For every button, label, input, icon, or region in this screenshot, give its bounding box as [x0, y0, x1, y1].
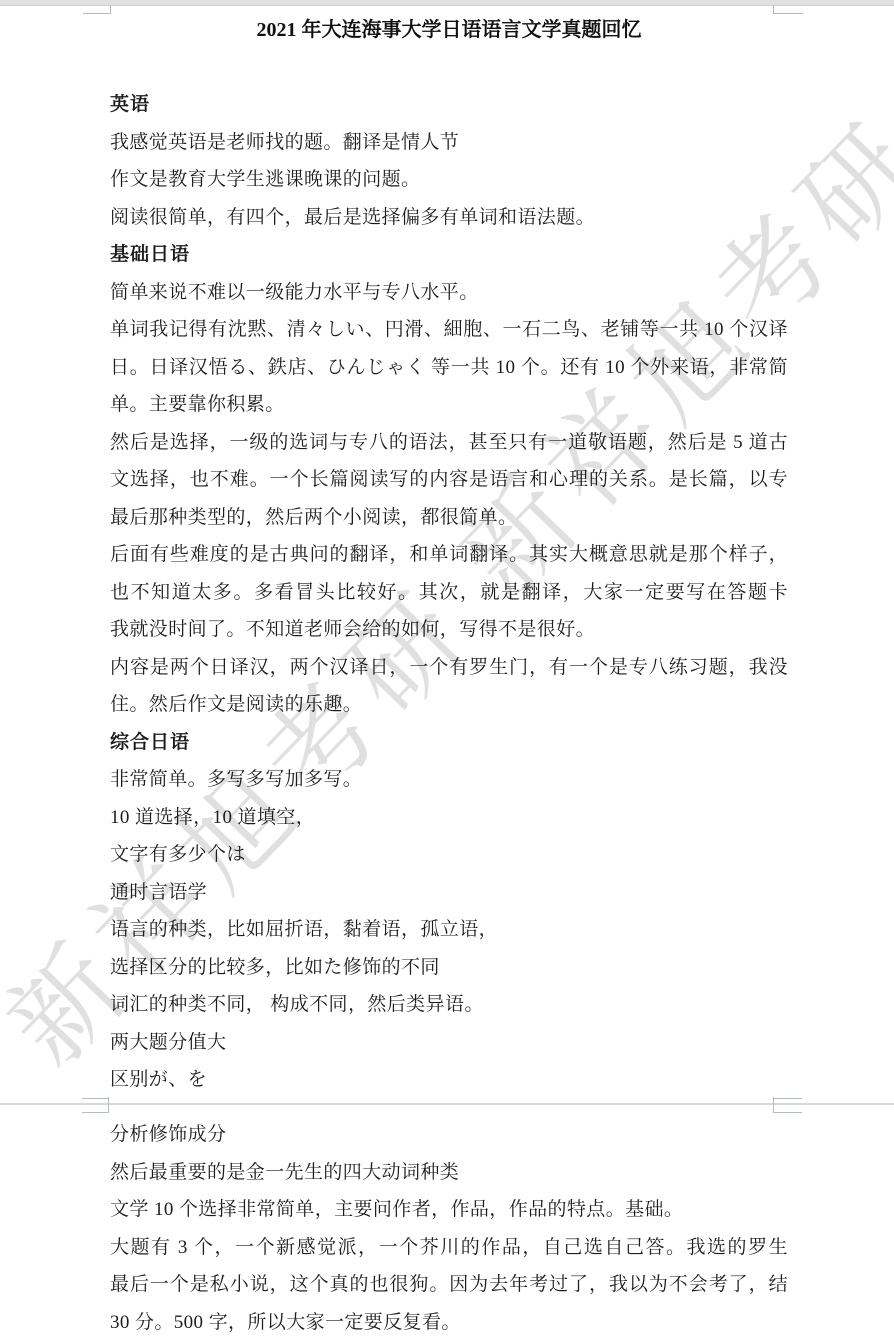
text-line: 语言的种类，比如屈折语，黏着语，孤立语， — [110, 913, 788, 951]
text-line: 词汇的种类不同， 构成不同，然后类异语。 — [110, 988, 788, 1026]
text-line: 10 道选择，10 道填空， — [110, 801, 788, 839]
page-break-separator — [0, 1103, 894, 1105]
text-line: 最后那种类型的，然后两个小阅读，都很简单。 — [110, 501, 788, 539]
text-line: 两大题分值大 — [110, 1026, 788, 1064]
text-line: 阅读很简单，有四个，最后是选择偏多有单词和语法题。 — [110, 201, 788, 239]
text-line: 我就没时间了。不知道老师会给的如何，写得不是很好。 — [110, 613, 788, 651]
section-heading: 基础日语 — [110, 238, 788, 276]
text-line: 也不知道太多。多看冒头比较好。其次，就是翻译，大家一定要写在答题卡上， — [110, 576, 788, 614]
text-line: 作文是教育大学生逃课晚课的问题。 — [110, 163, 788, 201]
section-heading: 综合日语 — [110, 726, 788, 764]
text-line: 文学 10 个选择非常简单，主要问作者，作品，作品的特点。基础。 — [110, 1193, 788, 1231]
crop-mark-break-left-v — [108, 1097, 109, 1113]
crop-mark-break-left-h2 — [82, 1112, 108, 1113]
text-line: 后面有些难度的是古典问的翻译，和单词翻译。其实大概意思就是那个样子，我 — [110, 538, 788, 576]
text-line: 单。主要靠你积累。 — [110, 388, 788, 426]
text-line: 文选择，也不难。一个长篇阅读写的内容是语言和心理的关系。是长篇，以专八 — [110, 463, 788, 501]
crop-mark-top-left-h — [83, 13, 111, 14]
text-line: 分析修饰成分 — [110, 1118, 788, 1156]
crop-mark-break-right-h2 — [773, 1112, 802, 1113]
document-canvas: 新祥旭考研 新祥旭考研 2021 年大连海事大学日语语言文学真题回忆 英语我感觉… — [0, 0, 894, 1336]
text-line: 日。日译汉悟る、鉄店、ひんじゃく 等一共 10 个。还有 10 个外来语，非常简 — [110, 351, 788, 389]
text-line: 区别が、を — [110, 1063, 788, 1101]
text-line: 文字有多少个は — [110, 838, 788, 876]
text-line: 30 分。500 字，所以大家一定要反复看。 — [110, 1306, 788, 1336]
text-line: 我感觉英语是老师找的题。翻译是情人节 — [110, 126, 788, 164]
text-line: 选择区分的比较多，比如た修饰的不同 — [110, 951, 788, 989]
canvas-top-strip — [0, 0, 894, 6]
crop-mark-top-right-v — [773, 5, 774, 14]
text-line: 最后一个是私小说，这个真的也很狗。因为去年考过了，我以为不会考了，结果， — [110, 1268, 788, 1306]
text-line: 内容是两个日译汉，两个汉译日，一个有罗生门，有一个是专八练习题，我没记 — [110, 651, 788, 689]
text-line: 通时言语学 — [110, 876, 788, 914]
page-title: 2021 年大连海事大学日语语言文学真题回忆 — [110, 14, 788, 46]
text-line: 大题有 3 个，一个新感觉派，一个芥川的作品，自己选自己答。我选的罗生门。 — [110, 1231, 788, 1269]
text-line: 非常简单。多写多写加多写。 — [110, 763, 788, 801]
crop-mark-top-left-v — [110, 5, 111, 14]
page1-text: 英语我感觉英语是老师找的题。翻译是情人节作文是教育大学生逃课晚课的问题。阅读很简… — [110, 88, 788, 1101]
text-line: 单词我记得有沈黙、清々しい、円滑、細胞、一石二鸟、老铺等一共 10 个汉译 — [110, 313, 788, 351]
text-line: 简单来说不难以一级能力水平与专八水平。 — [110, 276, 788, 314]
crop-mark-break-left-h1 — [82, 1098, 108, 1099]
text-line: 住。然后作文是阅读的乐趣。 — [110, 688, 788, 726]
page2-text: 分析修饰成分然后最重要的是金一先生的四大动词种类文学 10 个选择非常简单，主要… — [110, 1118, 788, 1336]
text-line: 然后最重要的是金一先生的四大动词种类 — [110, 1156, 788, 1194]
section-heading: 英语 — [110, 88, 788, 126]
text-line: 然后是选择，一级的选词与专八的语法，甚至只有一道敬语题，然后是 5 道古典 — [110, 426, 788, 464]
